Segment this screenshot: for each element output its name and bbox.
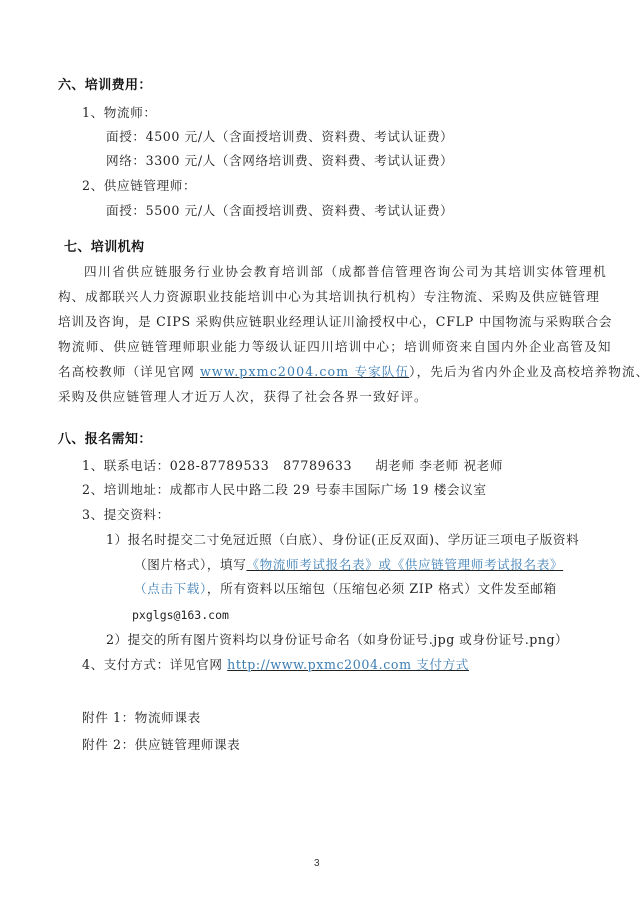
- section-7-heading: 七、培训机构: [64, 240, 144, 256]
- training-address: 2、培训地址：成都市人民中路二段 29 号泰丰国际广场 19 楼会议室: [82, 482, 487, 498]
- fee-item-supply-chain-label: 2、供应链管理师：: [82, 178, 196, 194]
- attachment-1: 附件 1：物流师课表: [82, 710, 201, 726]
- submit-rule-2: 2）提交的所有图片资料均以身份证号命名（如身份证号.jpg 或身份证号.png）: [106, 632, 568, 648]
- org-paragraph-line-5: 名高校教师（详见官网 www.pxmc2004.com 专家队伍），先后为省内外…: [58, 364, 640, 380]
- org-paragraph-line-2: 构、成都联兴人力资源职业技能培训中心为其培训执行机构）专注物流、采购及供应链管理: [58, 289, 600, 305]
- line5-prefix: 名高校教师（详见官网: [58, 364, 200, 379]
- expert-team-link[interactable]: www.pxmc2004.com 专家队伍: [200, 364, 409, 379]
- payment-prefix: 4、支付方式：详见官网: [82, 657, 227, 672]
- org-paragraph-line-3: 培训及咨询，是 CIPS 采购供应链职业经理认证川渝授权中心，CFLP 中国物流…: [58, 314, 612, 330]
- submit-rule-1-line-3: （点击下载），所有资料以压缩包（压缩包必须 ZIP 格式）文件发至邮箱: [134, 581, 557, 597]
- attachment-2: 附件 2：供应链管理师课表: [82, 737, 240, 753]
- fee-logistics-online: 网络：3300 元/人（含网络培训费、资料费、考试认证费）: [106, 153, 453, 169]
- submit-email: pxglgs@163.com: [132, 607, 229, 623]
- org-paragraph-line-1: 四川省供应链服务行业协会教育培训部（成都普信管理咨询公司为其培训实体管理机: [84, 264, 607, 280]
- org-paragraph-line-6: 采购及供应链管理人才近万人次，获得了社会各界一致好评。: [58, 389, 428, 405]
- contact-phone: 1、联系电话：028-87789533 87789633 胡老师 李老师 祝老师: [82, 458, 503, 474]
- payment-method: 4、支付方式：详见官网 http://www.pxmc2004.com 支付方式: [82, 657, 469, 673]
- fee-supply-chain-face: 面授：5500 元/人（含面授培训费、资料费、考试认证费）: [106, 203, 453, 219]
- page-number: 3: [314, 858, 320, 869]
- org-paragraph-line-4: 物流师、供应链管理师职业能力等级认证四川培训中心；培训师资来自国内外企业高管及知: [58, 339, 612, 355]
- submit-rule-1-line-1: 1）报名时提交二寸免冠近照（白底）、身份证(正反双面)、学历证三项电子版资料: [106, 532, 579, 548]
- submit-rule-1-line-2: （图片格式），填写《物流师考试报名表》或《供应链管理师考试报名表》: [134, 557, 563, 573]
- line2-prefix: （图片格式），填写: [134, 557, 246, 572]
- fee-item-logistics-label: 1、物流师：: [82, 105, 157, 121]
- payment-link[interactable]: http://www.pxmc2004.com 支付方式: [227, 657, 469, 672]
- download-link[interactable]: （点击下载）: [134, 581, 207, 596]
- registration-form-link[interactable]: 《物流师考试报名表》或《供应链管理师考试报名表》: [246, 557, 563, 572]
- submit-materials-label: 3、提交资料：: [82, 507, 170, 523]
- section-8-heading: 八、报名需知：: [58, 432, 152, 448]
- line3-suffix: ，所有资料以压缩包（压缩包必须 ZIP 格式）文件发至邮箱: [207, 581, 557, 596]
- section-6-heading: 六、培训费用：: [58, 78, 152, 94]
- fee-logistics-face: 面授：4500 元/人（含面授培训费、资料费、考试认证费）: [106, 129, 453, 145]
- line5-suffix: ），先后为省内外企业及高校培养物流、: [409, 364, 640, 379]
